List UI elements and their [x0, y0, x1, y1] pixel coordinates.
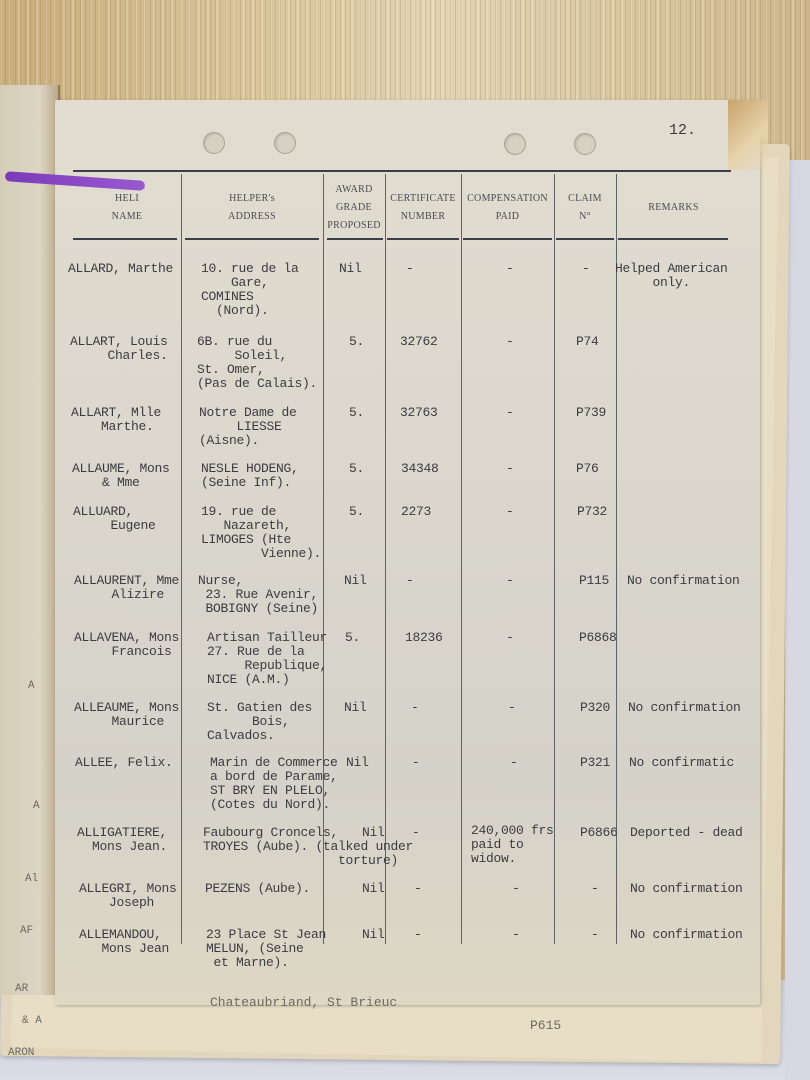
helper-name: ALLART, Mlle Marthe.: [71, 406, 161, 434]
compensation-paid: -: [506, 462, 514, 476]
header-underline: [73, 238, 177, 240]
underlying-page-text: Chateaubriand, St Brieuc: [210, 995, 397, 1010]
helper-name: ALLEAUME, Mons Maurice: [74, 701, 179, 729]
claim-number: P76: [576, 462, 599, 476]
punch-hole: [504, 133, 526, 155]
remarks: No confirmation: [628, 701, 741, 715]
award-grade: Nil: [344, 701, 367, 715]
header-compensation-paid: COMPENSATION PAID: [461, 174, 554, 242]
edge-fragment: A: [28, 680, 35, 692]
compensation-paid: -: [512, 882, 520, 896]
header-helper-address: HELPER's ADDRESS: [181, 174, 323, 242]
column-divider: [181, 174, 182, 944]
header-underline: [618, 238, 728, 240]
compensation-paid: -: [506, 574, 514, 588]
header-underline: [556, 238, 614, 240]
helper-address: Nurse, 23. Rue Avenir, BOBIGNY (Seine): [198, 574, 318, 616]
header-text: NUMBER: [401, 208, 446, 226]
helper-address: Notre Dame de LIESSE (Aisne).: [199, 406, 297, 448]
award-grade: 5.: [349, 462, 364, 476]
helper-name: ALLEE, Felix.: [75, 756, 173, 770]
document-page: 12. HELI NAME HELPER's ADDRESS AWARD GRA…: [55, 100, 760, 1005]
edge-fragment: AF: [20, 925, 33, 937]
claim-number: -: [591, 928, 599, 942]
remarks: Deported - dead: [630, 826, 743, 840]
helper-name: ALLAVENA, Mons Francois: [74, 631, 179, 659]
page-number: 12.: [669, 122, 696, 139]
certificate-number: -: [411, 701, 419, 715]
claim-number: P321: [580, 756, 610, 770]
left-facing-page: A A A Al AF AR AM & A ARON: [0, 85, 60, 995]
header-underline: [463, 238, 552, 240]
header-top-rule: [73, 170, 731, 172]
header-certificate-number: CERTIFICATE NUMBER: [385, 174, 461, 242]
header-claim-no: CLAIM N°: [554, 174, 616, 242]
header-underline: [387, 238, 459, 240]
helper-address: Marin de Commerce a bord de Parame, ST B…: [210, 756, 338, 812]
edge-fragment: Al: [25, 873, 38, 885]
header-text: ADDRESS: [228, 208, 276, 226]
helper-name: ALLEMANDOU, Mons Jean: [79, 928, 169, 956]
edge-fragment: AR: [15, 983, 28, 995]
helper-address: Artisan Tailleur 27. Rue de la Republiqu…: [207, 631, 327, 687]
helper-name: ALLUARD, Eugene: [73, 505, 156, 533]
compensation-paid: -: [506, 262, 514, 276]
helper-address: PEZENS (Aube).: [205, 882, 310, 896]
helper-address: NESLE HODENG, (Seine Inf).: [201, 462, 299, 490]
certificate-number: -: [414, 928, 422, 942]
compensation-paid: 240,000 frs paid to widow.: [471, 824, 554, 866]
helper-address: 19. rue de Nazareth, LIMOGES (Hte Vienne…: [201, 505, 321, 561]
claim-number: -: [591, 882, 599, 896]
certificate-number: 18236: [405, 631, 443, 645]
column-divider: [461, 174, 462, 944]
header-text: AWARD: [335, 181, 372, 199]
certificate-number: 34348: [401, 462, 439, 476]
claim-number: P739: [576, 406, 606, 420]
header-text: REMARKS: [648, 199, 698, 217]
certificate-number: -: [412, 756, 420, 770]
remarks: Helped American only.: [615, 262, 728, 290]
certificate-number: -: [412, 826, 420, 840]
helper-name: ALLIGATIERE, Mons Jean.: [77, 826, 167, 854]
helper-name: ALLAURENT, Mme Alizire: [74, 574, 179, 602]
certificate-number: -: [406, 262, 414, 276]
remarks: No confirmatic: [629, 756, 734, 770]
remarks: No confirmation: [630, 882, 743, 896]
helper-address: 23 Place St Jean MELUN, (Seine et Marne)…: [206, 928, 326, 970]
award-grade: 5.: [349, 335, 364, 349]
helper-address: St. Gatien des Bois, Calvados.: [207, 701, 312, 743]
compensation-paid: -: [512, 928, 520, 942]
header-text: COMPENSATION: [467, 190, 548, 208]
torn-corner: [728, 100, 768, 170]
claim-number: P115: [579, 574, 609, 588]
header-text: HELPER's: [229, 190, 275, 208]
header-text: CLAIM: [568, 190, 602, 208]
certificate-number: 32763: [400, 406, 438, 420]
header-text: PROPOSED: [327, 217, 381, 235]
header-text: PAID: [496, 208, 520, 226]
header-text: NAME: [112, 208, 143, 226]
edge-fragment: A: [33, 800, 40, 812]
compensation-paid: -: [506, 505, 514, 519]
punch-hole: [274, 132, 296, 154]
award-grade: 5.: [349, 505, 364, 519]
header-remarks: REMARKS: [616, 174, 731, 242]
certificate-number: -: [406, 574, 414, 588]
claim-number: P320: [580, 701, 610, 715]
award-grade: 5.: [345, 631, 360, 645]
header-underline: [185, 238, 319, 240]
header-text: GRADE: [336, 199, 372, 217]
header-underline: [327, 238, 383, 240]
helper-name: ALLART, Louis Charles.: [70, 335, 168, 363]
certificate-number: -: [414, 882, 422, 896]
award-grade: 5.: [349, 406, 364, 420]
compensation-paid: -: [506, 631, 514, 645]
claim-number: P6866: [580, 826, 618, 840]
helper-address: 6B. rue du Soleil, St. Omer, (Pas de Cal…: [197, 335, 317, 391]
claim-number: P74: [576, 335, 599, 349]
compensation-paid: -: [508, 701, 516, 715]
header-award-grade: AWARD GRADE PROPOSED: [323, 174, 385, 242]
helper-address: 10. rue de la Gare, COMINES (Nord).: [201, 262, 299, 318]
punch-hole: [574, 133, 596, 155]
claim-number: -: [582, 262, 590, 276]
award-grade: Nil: [344, 574, 367, 588]
underlying-page-edges: Chateaubriand, St Brieuc P615: [40, 990, 760, 1050]
punch-hole: [203, 132, 225, 154]
edge-fragment: & A: [22, 1015, 42, 1027]
certificate-number: 2273: [401, 505, 431, 519]
certificate-number: 32762: [400, 335, 438, 349]
remarks: No confirmation: [630, 928, 743, 942]
compensation-paid: -: [506, 406, 514, 420]
helper-name: ALLEGRI, Mons Joseph: [79, 882, 177, 910]
header-text: N°: [579, 208, 591, 226]
header-text: CERTIFICATE: [390, 190, 455, 208]
table-surface-right: [785, 160, 810, 1080]
award-grade: Nil: [362, 826, 385, 840]
award-grade: Nil: [362, 882, 385, 896]
claim-number: P6868: [579, 631, 617, 645]
award-grade: Nil: [346, 756, 369, 770]
underlying-page-text: P615: [530, 1018, 561, 1033]
claim-number: P732: [577, 505, 607, 519]
remarks: No confirmation: [627, 574, 740, 588]
compensation-paid: -: [510, 756, 518, 770]
compensation-paid: -: [506, 335, 514, 349]
award-grade: Nil: [362, 928, 385, 942]
award-grade: Nil: [339, 262, 362, 276]
header-text: HELI: [115, 190, 139, 208]
helper-name: ALLARD, Marthe: [68, 262, 173, 276]
edge-fragment: ARON: [8, 1047, 34, 1059]
column-divider: [554, 174, 555, 944]
helper-name: ALLAUME, Mons & Mme: [72, 462, 170, 490]
